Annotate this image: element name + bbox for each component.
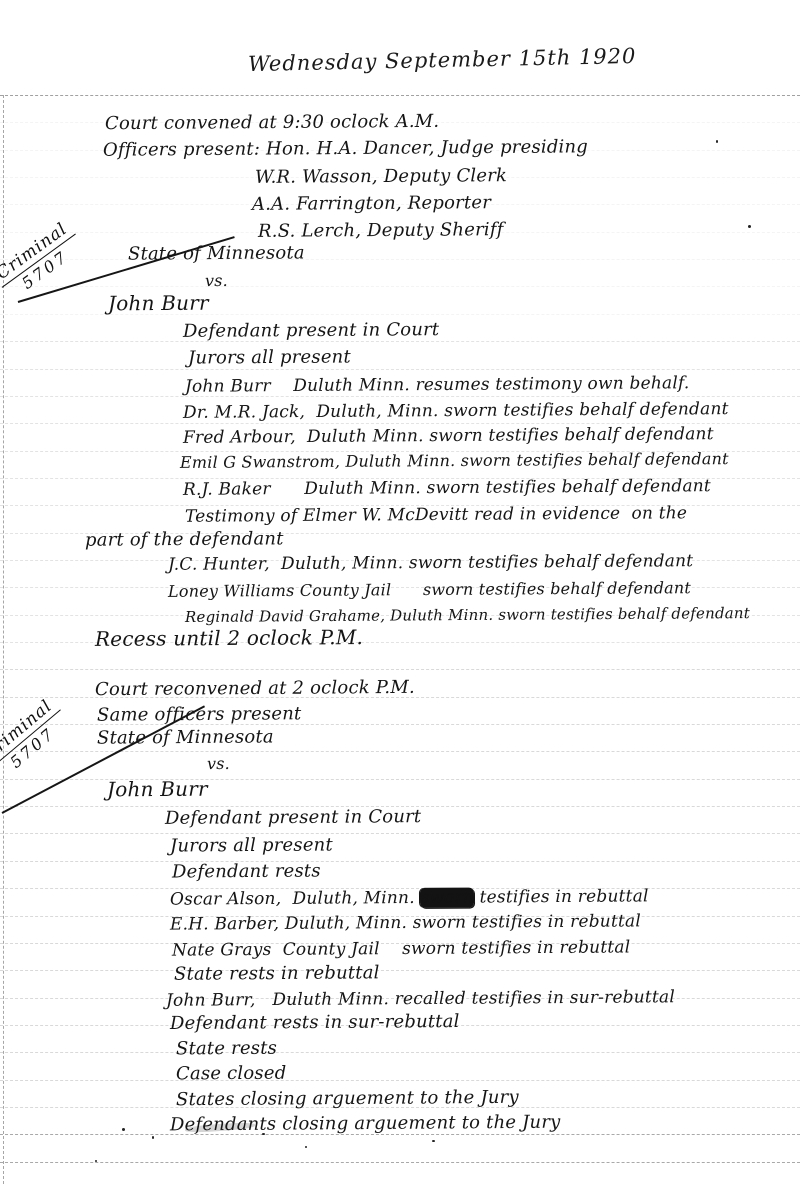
handwritten-line: State rests [176, 1038, 277, 1061]
handwritten-line: vs. [205, 270, 228, 292]
ink-speck [95, 1160, 97, 1162]
ledger-ruled-line [0, 369, 800, 370]
margin-case-note: Criminal 5707 [0, 694, 73, 784]
handwritten-line: E.H. Barber, Duluth, Minn. sworn testifi… [170, 910, 641, 935]
ink-speck [716, 140, 718, 143]
handwritten-line: Court convened at 9:30 oclock A.M. [105, 111, 439, 135]
ink-speck [748, 225, 751, 228]
handwritten-line: R.J. Baker Duluth Minn. sworn testifies … [183, 475, 711, 501]
handwritten-line: John Burr [107, 778, 208, 801]
ledger-ruled-line [0, 669, 800, 670]
handwritten-line: State rests in rebuttal [174, 962, 380, 985]
handwritten-line: State of Minnesota [128, 242, 305, 265]
handwritten-line: Dr. M.R. Jack, Duluth, Minn. sworn testi… [183, 398, 729, 424]
handwritten-line: Reginald David Grahame, Duluth Minn. swo… [185, 602, 750, 628]
handwritten-line: J.C. Hunter, Duluth, Minn. sworn testifi… [168, 550, 693, 576]
handwritten-line: Defendant rests [172, 860, 321, 883]
handwritten-line: R.S. Lerch, Deputy Sheriff [258, 219, 504, 243]
handwritten-line: States closing arguement to the Jury [176, 1087, 519, 1111]
handwritten-line: Defendant present in Court [183, 319, 439, 343]
handwritten-line: Defendant rests in sur-rebuttal [170, 1011, 460, 1035]
handwritten-line: State of Minnesota [97, 726, 274, 749]
handwritten-line: Testimony of Elmer W. McDevitt read in e… [185, 502, 687, 528]
handwritten-line: Jurors all present [188, 346, 351, 369]
ink-speck [152, 1136, 154, 1139]
handwritten-line: John Burr, Duluth Minn. recalled testifi… [166, 986, 675, 1012]
ink-speck [122, 1128, 125, 1131]
ledger-ruled-line [0, 1052, 800, 1053]
margin-case-note: Criminal 5707 [0, 217, 87, 304]
scanned-court-minutes-page: Wednesday September 15th 1920 Criminal 5… [0, 0, 800, 1184]
handwritten-line: Same officers present [97, 703, 302, 726]
handwritten-line: Nate Grays County Jail sworn testifies i… [172, 936, 630, 961]
handwritten-line: A.A. Farrington, Reporter [252, 192, 491, 216]
handwritten-line: vs. [207, 753, 230, 775]
handwritten-line: John Burr Duluth Minn. resumes testimony… [185, 372, 690, 398]
ledger-ruled-line [0, 833, 800, 834]
ledger-ruled-line [0, 259, 800, 260]
handwritten-line: W.R. Wasson, Deputy Clerk [255, 165, 507, 189]
ledger-ruled-line [0, 970, 800, 971]
handwritten-line: Officers present: Hon. H.A. Dancer, Judg… [103, 136, 588, 161]
ink-blot-word: sworn [420, 888, 474, 908]
handwritten-line: Jurors all present [170, 834, 333, 857]
handwritten-line: Fred Arbour, Duluth Minn. sworn testifie… [183, 423, 714, 449]
ledger-ruled-line [0, 1080, 800, 1081]
handwritten-line: Case closed [176, 1063, 287, 1086]
handwritten-line: John Burr [108, 292, 209, 315]
ledger-ruled-line [0, 95, 800, 96]
ink-speck [262, 1133, 265, 1135]
handwritten-line: Oscar Alson, Duluth, Minn. sworn testifi… [170, 885, 649, 910]
date-header: Wednesday September 15th 1920 [248, 44, 637, 76]
handwritten-line: part of the defendant [85, 528, 284, 551]
ink-speck [432, 1140, 435, 1142]
ledger-ruled-line [0, 1162, 800, 1163]
handwritten-line: Emil G Swanstrom, Duluth Minn. sworn tes… [180, 448, 729, 474]
handwritten-line: Court reconvened at 2 oclock P.M. [95, 677, 415, 701]
ledger-ruled-line [0, 286, 800, 287]
ledger-ruled-line [0, 861, 800, 862]
handwritten-line: Loney Williams County Jail sworn testifi… [168, 577, 691, 603]
handwritten-line: Recess until 2 oclock P.M. [95, 626, 363, 650]
handwritten-line: Defendant present in Court [165, 806, 421, 830]
ink-speck [305, 1146, 307, 1148]
